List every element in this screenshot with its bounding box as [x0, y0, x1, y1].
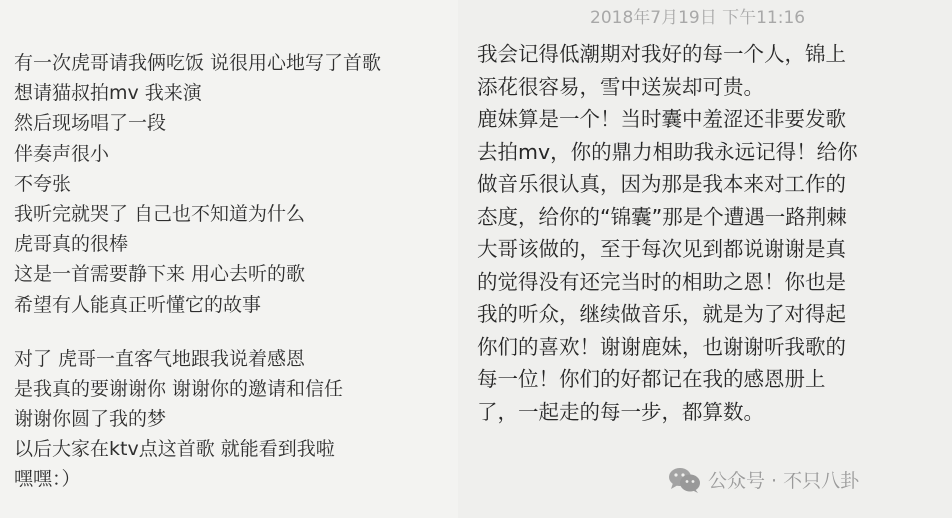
- message-text: 我会记得低潮期对我好的每一个人，锦上 添花很容易，雪中送炭却可贵。 鹿妹算是一个…: [477, 38, 858, 428]
- note-line: 以后大家在ktv点这首歌 就能看到我啦: [14, 434, 381, 464]
- message-line: 添花很容易，雪中送炭却可贵。: [477, 71, 858, 104]
- left-note-panel: 有一次虎哥请我俩吃饭 说很用心地写了首歌 想请猫叔拍mv 我来演 然后现场唱了一…: [0, 0, 458, 518]
- note-line: 这是一首需要静下来 用心去听的歌: [14, 259, 381, 289]
- note-line: 虎哥真的很棒: [14, 229, 381, 259]
- note-line: 嘿嘿：）: [14, 464, 381, 494]
- message-line: 了，一起走的每一步，都算数。: [477, 396, 858, 429]
- paragraph-gap: [14, 320, 381, 344]
- watermark: 公众号 · 不只八卦: [668, 466, 859, 493]
- message-line: 鹿妹算是一个！当时囊中羞涩还非要发歌: [477, 103, 858, 136]
- wechat-icon: [668, 467, 702, 493]
- note-line: 谢谢你圆了我的梦: [14, 404, 381, 434]
- message-line: 去拍mv，你的鼎力相助我永远记得！给你: [477, 136, 858, 169]
- note-line: 对了 虎哥一直客气地跟我说着感恩: [14, 344, 381, 374]
- note-line: 想请猫叔拍mv 我来演: [14, 78, 381, 108]
- note-line: 伴奏声很小: [14, 139, 381, 169]
- watermark-text: 公众号 · 不只八卦: [708, 466, 859, 493]
- message-line: 的觉得没有还完当时的相助之恩！你也是: [477, 266, 858, 299]
- message-line: 大哥该做的，至于每次见到都说谢谢是真: [477, 233, 858, 266]
- message-timestamp: 2018年7月19日 下午11:16: [590, 3, 805, 28]
- message-line: 我的听众，继续做音乐，就是为了对得起: [477, 298, 858, 331]
- note-line: 有一次虎哥请我俩吃饭 说很用心地写了首歌: [14, 48, 381, 78]
- note-line: 然后现场唱了一段: [14, 108, 381, 138]
- message-line: 态度，给你的“锦囊”那是个遭遇一路荆棘: [477, 201, 858, 234]
- message-line: 你们的喜欢！谢谢鹿妹，也谢谢听我歌的: [477, 331, 858, 364]
- note-line: 是我真的要谢谢你 谢谢你的邀请和信任: [14, 374, 381, 404]
- note-line: 我听完就哭了 自己也不知道为什么: [14, 199, 381, 229]
- note-line: 希望有人能真正听懂它的故事: [14, 290, 381, 320]
- message-line: 每一位！你们的好都记在我的感恩册上: [477, 363, 858, 396]
- message-line: 我会记得低潮期对我好的每一个人，锦上: [477, 38, 858, 71]
- note-line: 不夸张: [14, 169, 381, 199]
- message-line: 做音乐很认真，因为那是我本来对工作的: [477, 168, 858, 201]
- left-note-text: 有一次虎哥请我俩吃饭 说很用心地写了首歌 想请猫叔拍mv 我来演 然后现场唱了一…: [14, 48, 381, 495]
